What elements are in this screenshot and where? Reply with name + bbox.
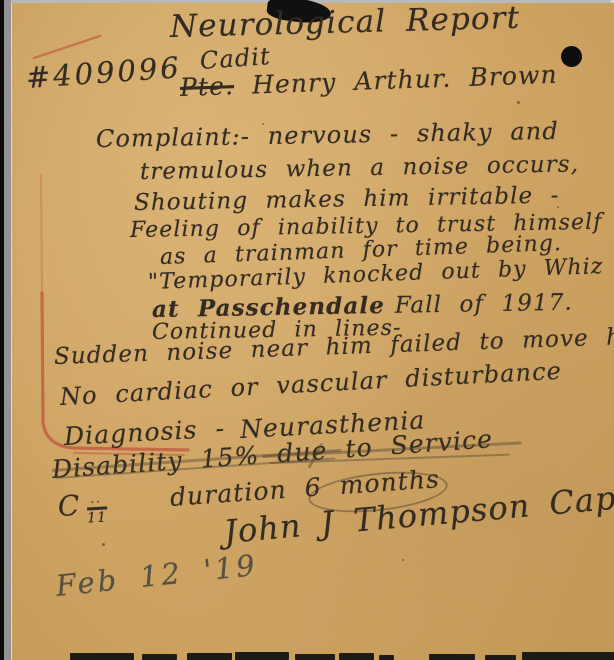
- c-abbrev-ditto-marks: 11: [87, 511, 107, 524]
- cutoff-print-fragment: [235, 652, 289, 660]
- red-vertical-faint: [41, 175, 42, 293]
- complaint-line-1: Complaint:- nervous - shaky and: [96, 117, 559, 153]
- paper-speck: [402, 559, 404, 561]
- cutoff-print-fragment: [485, 655, 516, 660]
- complaint-line-2: tremulous when a noise occurs,: [140, 151, 580, 185]
- paper-speck: [517, 101, 520, 104]
- scanned-document: Neurological Report Cadit #409096 Pte. H…: [0, 0, 614, 660]
- cutoff-print-fragment: [522, 652, 614, 660]
- date: Feb 12 '19: [54, 548, 259, 603]
- cutoff-print-fragment: [379, 655, 394, 660]
- red-diagonal-mark: [34, 36, 100, 58]
- patient-name: Henry Arthur. Brown: [252, 60, 559, 100]
- paper-speck: [102, 543, 105, 546]
- c-abbrev-stack: ··11: [86, 498, 107, 524]
- c-abbreviation: C··11: [57, 487, 107, 525]
- scan-left-gray-edge: [4, 0, 11, 660]
- document-title: Neurological Report: [170, 0, 521, 45]
- cutoff-print-fragment: [187, 653, 232, 660]
- complaint-line-7-rest: Fall of 1917.: [395, 290, 573, 319]
- cutoff-print-fragment: [70, 653, 134, 660]
- cutoff-print-fragment: [339, 653, 374, 660]
- c-abbrev-dots: ··: [90, 499, 102, 506]
- cutoff-print-fragment: [429, 654, 475, 660]
- paper-sheet: Neurological Report Cadit #409096 Pte. H…: [11, 3, 614, 660]
- cutoff-print-fragment: [295, 654, 335, 660]
- rank-struck: Pte.: [179, 71, 234, 102]
- punch-hole-dot: [561, 46, 582, 67]
- case-number: #409096: [25, 50, 183, 95]
- cutoff-print-fragment: [142, 654, 177, 660]
- c-abbrev-letter: C: [57, 489, 81, 523]
- cutoff-print-row: [12, 652, 614, 660]
